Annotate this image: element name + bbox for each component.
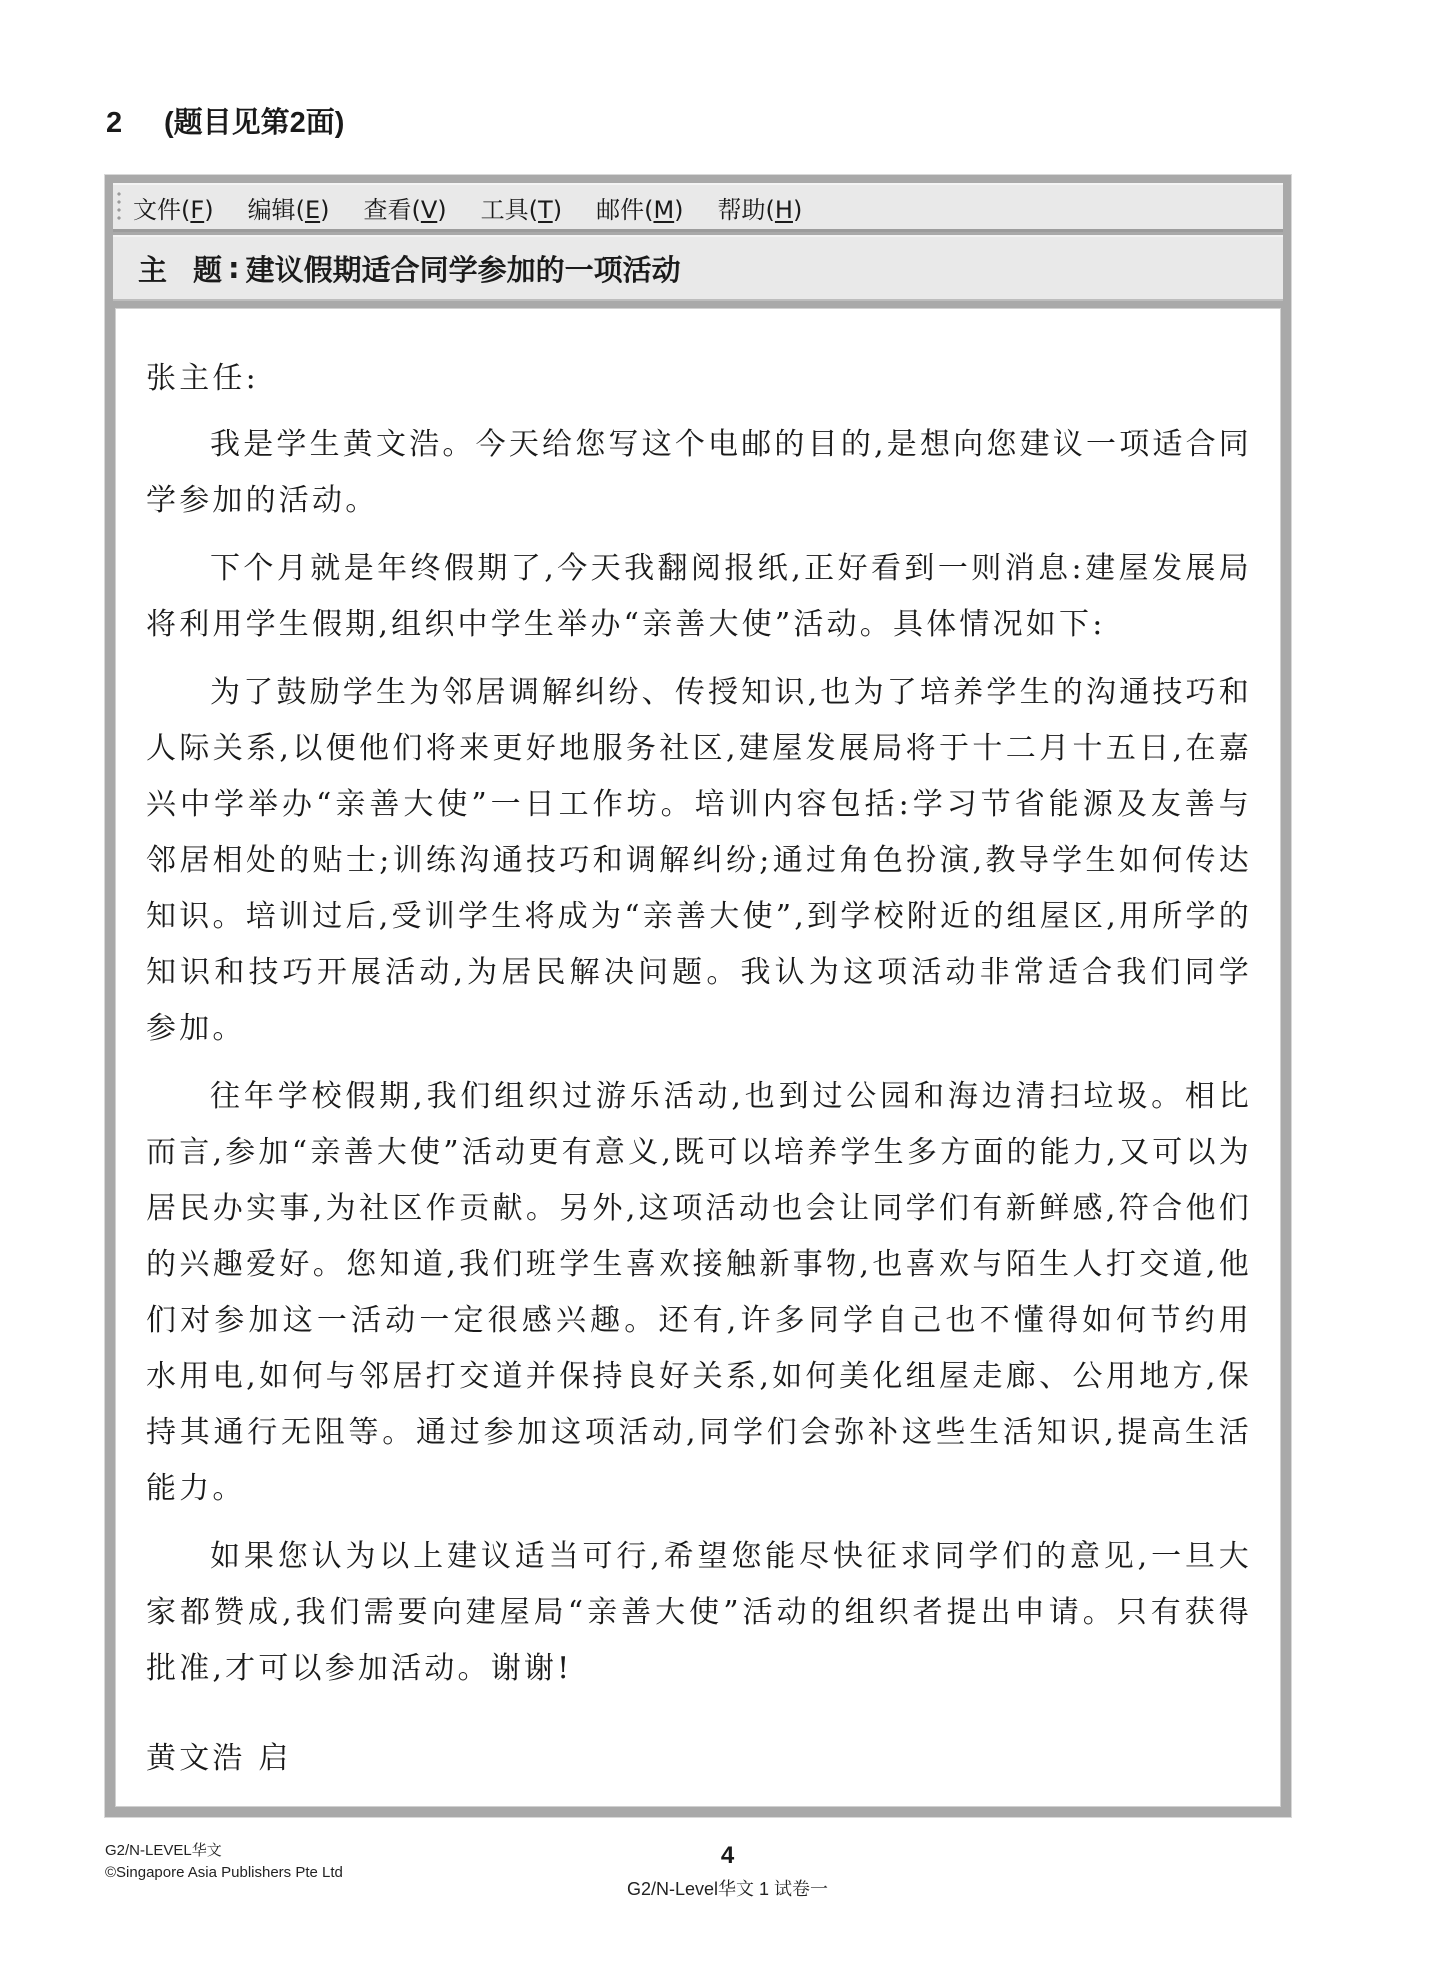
question-heading: 2(题目见第2面) <box>106 100 344 141</box>
letter-paragraph: 如果您认为以上建议适当可行,希望您能尽快征求同学们的意见,一旦大家都赞成,我们需… <box>146 1529 1252 1697</box>
subject-field[interactable]: 建议假期适合同学参加的一项活动 <box>246 248 681 289</box>
subject-bar: 主题 : 建议假期适合同学参加的一项活动 <box>113 235 1283 301</box>
menu-tools[interactable]: 工具(T) <box>481 190 562 225</box>
letter-paragraph: 我是学生黄文浩。今天给您写这个电邮的目的,是想向您建议一项适合同学参加的活动。 <box>146 417 1252 529</box>
email-window: 文件(F) 编辑(E) 查看(V) 工具(T) 邮件(M) 帮助(H) 主题 :… <box>105 175 1291 1817</box>
menu-edit[interactable]: 编辑(E) <box>248 190 330 225</box>
menu-help[interactable]: 帮助(H) <box>718 190 803 225</box>
menu-bar: 文件(F) 编辑(E) 查看(V) 工具(T) 邮件(M) 帮助(H) <box>113 183 1283 232</box>
letter-paragraph: 为了鼓励学生为邻居调解纠纷、传授知识,也为了培养学生的沟通技巧和人际关系,以便他… <box>146 665 1252 1057</box>
footer-paper-title: G2/N-Level华文 1 试卷一 <box>0 1875 1445 1901</box>
toolbar-grip-icon[interactable] <box>117 190 121 224</box>
menu-view[interactable]: 查看(V) <box>363 190 446 225</box>
email-body[interactable]: 张主任: 我是学生黄文浩。今天给您写这个电邮的目的,是想向您建议一项适合同学参加… <box>115 308 1281 1807</box>
menu-file[interactable]: 文件(F) <box>133 190 214 225</box>
letter-paragraph: 往年学校假期,我们组织过游乐活动,也到过公园和海边清扫垃圾。相比而言,参加“亲善… <box>146 1069 1252 1517</box>
menu-mail[interactable]: 邮件(M) <box>596 190 683 225</box>
question-number: 2 <box>106 107 164 140</box>
letter-signature: 黄文浩 启 <box>146 1731 1252 1787</box>
question-reference: (题目见第2面) <box>164 107 344 139</box>
letter-paragraph: 下个月就是年终假期了,今天我翻阅报纸,正好看到一则消息:建屋发展局将利用学生假期… <box>146 541 1252 653</box>
letter-greeting: 张主任: <box>146 351 1252 407</box>
subject-colon: : <box>228 251 240 285</box>
page-number: 4 <box>0 1842 1445 1870</box>
